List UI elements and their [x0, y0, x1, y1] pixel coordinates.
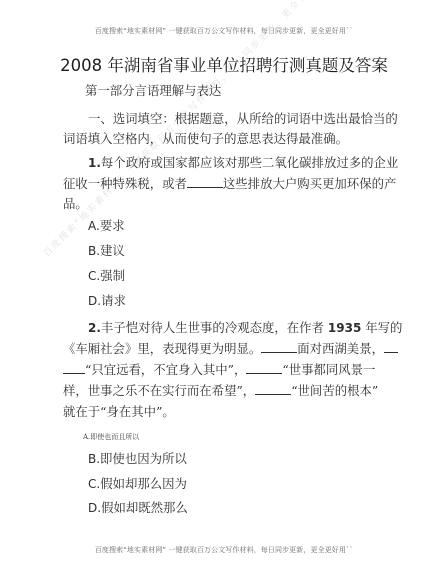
question-1-text: 每个政府或国家都应该对那些二氧化碳排放过多的企业	[101, 155, 398, 170]
fill-blank	[246, 362, 282, 374]
instruction-line-2: 词语填入空格内，从而使句子的意思表达得最准确。	[63, 131, 348, 147]
question-2-line-3: “只宜远看，不宜身入其中”，“世事都同风景一	[63, 362, 375, 378]
question-2-text-part: 年写的	[361, 320, 402, 335]
question-2-number: 2.	[88, 321, 101, 335]
question-1-line-2: 征收一种特殊税，或者这些排放大户购买更加环保的产	[63, 176, 396, 192]
option-letter: C.	[88, 477, 100, 491]
option-letter: A.	[88, 219, 100, 233]
question-1-line-3: 品。	[63, 196, 88, 212]
page-footer: 百度搜索“地实素材网” 一键获取百万公文写作材料，每日同步更新，更全更好用``	[0, 545, 448, 555]
question-2-line-2: 《车厢社会》里，表现得更为明显。面对西湖美景，	[63, 341, 398, 357]
question-1-option-c: C.强制	[88, 268, 125, 284]
option-text: 建议	[100, 243, 125, 258]
option-letter: B.	[88, 452, 100, 466]
option-letter: C.	[88, 269, 100, 283]
fill-blank	[63, 362, 85, 374]
question-1-option-d: D.请求	[88, 293, 126, 309]
fill-blank	[255, 383, 291, 395]
question-2-line-1: 2.丰子恺对待人生世事的冷观态度，在作者 1935 年写的	[88, 320, 402, 336]
option-text: 要求	[100, 218, 125, 233]
question-2-text-part: “只宜远看，不宜身入其中”，	[85, 362, 246, 377]
question-2-text-part: 丰子恺对待人生世事的冷观态度，在作者	[101, 320, 328, 335]
option-text: 假如却那么因为	[100, 476, 187, 491]
document-title: 2008 年湖南省事业单位招聘行测真题及答案	[0, 52, 448, 76]
question-2-option-a: A.即使也而且所以	[83, 432, 139, 442]
question-2-text-part: “世间苦的根本”	[291, 383, 378, 398]
question-2-option-c: C.假如却那么因为	[88, 476, 187, 492]
page-header: 百度搜索“地实素材网” 一键获取百万公文写作材料，每日同步更新，更全更好用``	[0, 26, 448, 36]
option-text: 即使也因为所以	[100, 451, 187, 466]
question-2-text-part: 样，世事之乐不在实行而在希望”，	[63, 383, 255, 398]
fill-blank	[187, 176, 223, 188]
question-2-line-4: 样，世事之乐不在实行而在希望”，“世间苦的根本”	[63, 383, 378, 399]
question-2-option-b: B.即使也因为所以	[88, 451, 187, 467]
question-1-text-part: 这些排放大户购买更加环保的产	[223, 176, 396, 191]
question-1-number: 1.	[88, 156, 101, 170]
option-letter: B.	[88, 244, 100, 258]
instruction-line-1: 一、选词填空：根据题意，从所给的词语中选出最恰当的	[88, 111, 398, 127]
question-2-year: 1935	[328, 321, 361, 335]
question-2-line-5: 就在于“身在其中”。	[63, 404, 175, 420]
question-1-option-a: A.要求	[88, 218, 125, 234]
option-letter: D.	[88, 294, 101, 308]
question-2-text-part: 《车厢社会》里，表现得更为明显。	[63, 341, 261, 356]
question-1-line-1: 1.每个政府或国家都应该对那些二氧化碳排放过多的企业	[88, 155, 398, 171]
section-heading: 第一部分言语理解与表达	[85, 83, 221, 99]
option-text: 强制	[100, 268, 125, 283]
fill-blank	[261, 341, 297, 353]
question-2-text-part: 面对西湖美景，	[297, 341, 384, 356]
document-page: 百度搜索“地实素材网” 一键获取百万公文写作材料，每日同步更新，更全更好用`` …	[0, 0, 448, 580]
question-2-option-d: D.假如却既然那么	[88, 500, 188, 516]
option-text: 假如却既然那么	[101, 500, 188, 515]
question-2-text-part: “世事都同风景一	[282, 362, 375, 377]
option-text: 即使也而且所以	[90, 433, 139, 441]
option-letter: D.	[88, 501, 101, 515]
diagonal-watermark: 百度搜索“地实素材网” 一键获取百万公文写作材料，每日同步更新，更全更好用	[40, 0, 346, 259]
fill-blank	[384, 341, 398, 353]
question-1-text-part: 征收一种特殊税，或者	[63, 176, 187, 191]
option-text: 请求	[101, 293, 126, 308]
question-1-option-b: B.建议	[88, 243, 125, 259]
